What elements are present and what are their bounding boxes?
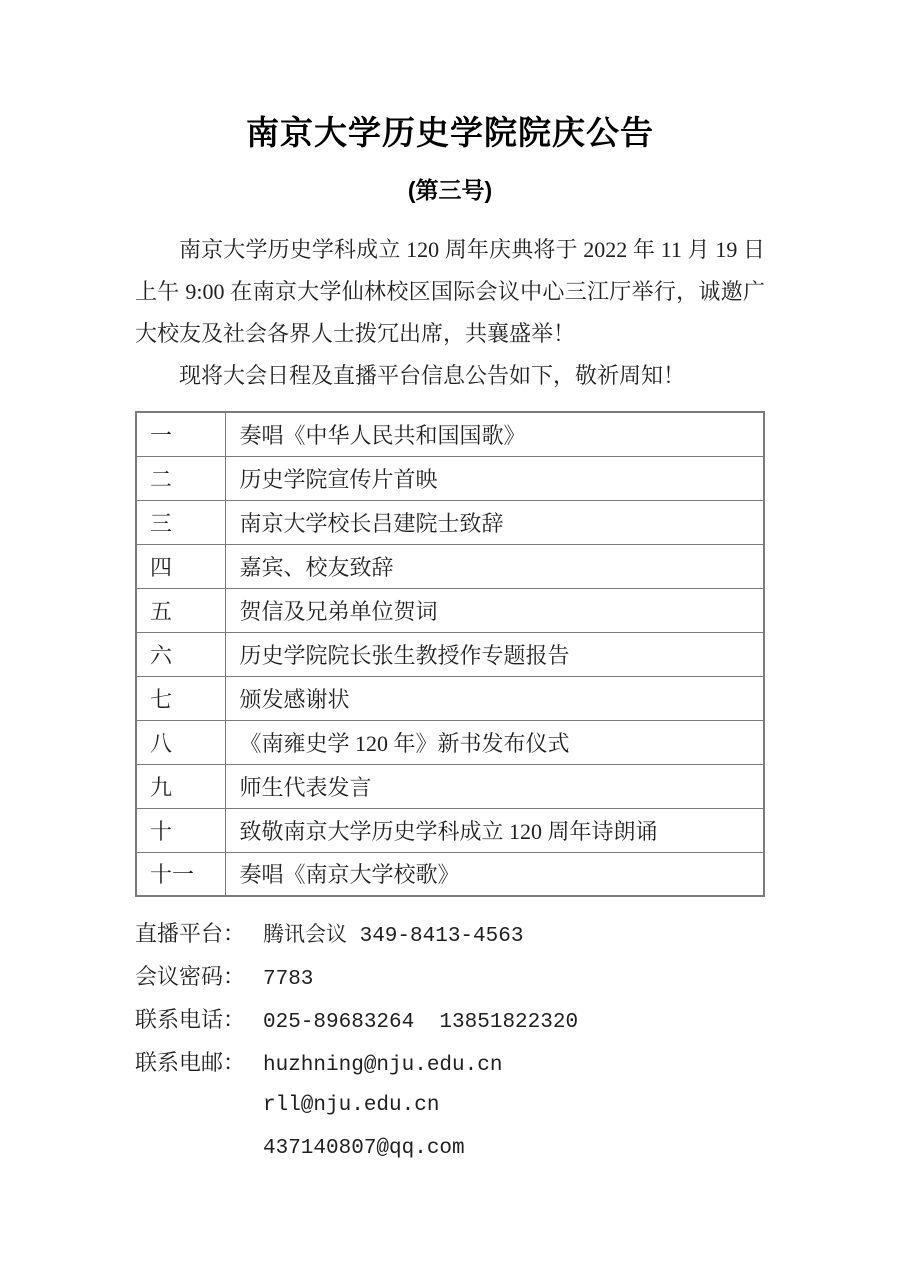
agenda-row-number: 五 bbox=[136, 588, 225, 632]
table-row: 九 师生代表发言 bbox=[136, 764, 764, 808]
agenda-row-item: 师生代表发言 bbox=[225, 764, 764, 808]
agenda-row-number: 十一 bbox=[136, 852, 225, 896]
agenda-row-number: 一 bbox=[136, 412, 225, 456]
agenda-row-item: 南京大学校长吕建院士致辞 bbox=[225, 500, 764, 544]
table-row: 三 南京大学校长吕建院士致辞 bbox=[136, 500, 764, 544]
agenda-row-number: 九 bbox=[136, 764, 225, 808]
paragraph-announcement: 南京大学历史学科成立 120 周年庆典将于 2022 年 11 月 19 日上午… bbox=[135, 229, 765, 355]
agenda-row-item: 《南雍史学 120 年》新书发布仪式 bbox=[225, 720, 764, 764]
contact-label: 直播平台： bbox=[135, 912, 263, 955]
page-title: 南京大学历史学院院庆公告 bbox=[135, 111, 765, 155]
contact-value: 7783 bbox=[263, 958, 313, 1001]
agenda-row-item: 奏唱《中华人民共和国国歌》 bbox=[225, 412, 764, 456]
table-row: 二 历史学院宣传片首映 bbox=[136, 456, 764, 500]
agenda-row-number: 十 bbox=[136, 808, 225, 852]
contact-value: 437140807@qq.com bbox=[263, 1127, 465, 1170]
body-paragraphs: 南京大学历史学科成立 120 周年庆典将于 2022 年 11 月 19 日上午… bbox=[135, 229, 765, 397]
contact-label: 联系电邮： bbox=[135, 1041, 263, 1084]
list-item-meeting-password: 会议密码： 7783 bbox=[135, 955, 765, 998]
agenda-row-item: 嘉宾、校友致辞 bbox=[225, 544, 764, 588]
agenda-row-item: 致敬南京大学历史学科成立 120 周年诗朗诵 bbox=[225, 808, 764, 852]
contact-info-block: 直播平台： 腾讯会议 349-8413-4563 会议密码： 7783 联系电话… bbox=[135, 912, 765, 1170]
contact-value: huzhning@nju.edu.cn bbox=[263, 1044, 502, 1087]
agenda-row-number: 六 bbox=[136, 632, 225, 676]
agenda-row-number: 八 bbox=[136, 720, 225, 764]
agenda-row-number: 四 bbox=[136, 544, 225, 588]
contact-label: 会议密码： bbox=[135, 955, 263, 998]
agenda-row-number: 三 bbox=[136, 500, 225, 544]
list-item-contact-email-3: 437140807@qq.com bbox=[135, 1127, 765, 1170]
contact-label: 联系电话： bbox=[135, 998, 263, 1041]
table-row: 四 嘉宾、校友致辞 bbox=[136, 544, 764, 588]
document-content: 南京大学历史学院院庆公告 (第三号) 南京大学历史学科成立 120 周年庆典将于… bbox=[135, 0, 765, 1170]
agenda-table: 一 奏唱《中华人民共和国国歌》 二 历史学院宣传片首映 三 南京大学校长吕建院士… bbox=[135, 411, 765, 897]
paragraph-notice: 现将大会日程及直播平台信息公告如下，敬祈周知！ bbox=[135, 355, 765, 397]
table-row: 一 奏唱《中华人民共和国国歌》 bbox=[136, 412, 764, 456]
agenda-row-item: 奏唱《南京大学校歌》 bbox=[225, 852, 764, 896]
table-row: 十 致敬南京大学历史学科成立 120 周年诗朗诵 bbox=[136, 808, 764, 852]
agenda-row-number: 七 bbox=[136, 676, 225, 720]
list-item-contact-email-2: rll@nju.edu.cn bbox=[135, 1084, 765, 1127]
agenda-row-item: 颁发感谢状 bbox=[225, 676, 764, 720]
list-item-live-platform: 直播平台： 腾讯会议 349-8413-4563 bbox=[135, 912, 765, 955]
table-row: 五 贺信及兄弟单位贺词 bbox=[136, 588, 764, 632]
contact-value: rll@nju.edu.cn bbox=[263, 1084, 439, 1127]
table-row: 七 颁发感谢状 bbox=[136, 676, 764, 720]
table-row: 八 《南雍史学 120 年》新书发布仪式 bbox=[136, 720, 764, 764]
agenda-row-number: 二 bbox=[136, 456, 225, 500]
table-row: 十一 奏唱《南京大学校歌》 bbox=[136, 852, 764, 896]
agenda-row-item: 贺信及兄弟单位贺词 bbox=[225, 588, 764, 632]
page-subtitle: (第三号) bbox=[135, 174, 765, 206]
contact-value: 025-89683264 13851822320 bbox=[263, 1001, 578, 1044]
list-item-contact-email-1: 联系电邮： huzhning@nju.edu.cn bbox=[135, 1041, 765, 1084]
agenda-row-item: 历史学院院长张生教授作专题报告 bbox=[225, 632, 764, 676]
agenda-row-item: 历史学院宣传片首映 bbox=[225, 456, 764, 500]
list-item-contact-phone: 联系电话： 025-89683264 13851822320 bbox=[135, 998, 765, 1041]
table-row: 六 历史学院院长张生教授作专题报告 bbox=[136, 632, 764, 676]
document-page: { "page": { "title": "南京大学历史学院院庆公告", "su… bbox=[0, 0, 899, 1273]
contact-value: 腾讯会议 349-8413-4563 bbox=[263, 915, 523, 958]
